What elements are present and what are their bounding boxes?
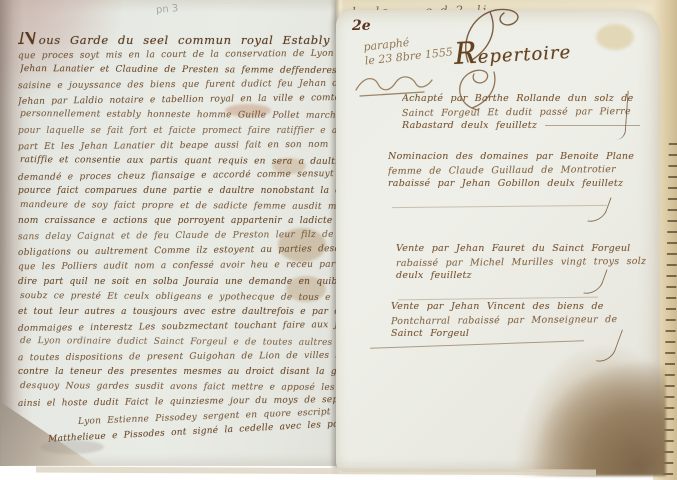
manuscript-line: et tout leur autres a tousjours avec est… (18, 305, 338, 320)
right-page: 2e paraphé le 23 8bre 1555 Repertoire Ac… (336, 10, 660, 472)
water-stain (596, 24, 634, 50)
repertoire-entry: Achapté par Barthe Rollande dun solz de … (402, 92, 642, 133)
manuscript-line: Nous Garde du seel commun royal Estably … (18, 32, 338, 48)
manuscript-line: mandeure de soy faict propre et de sadic… (20, 198, 340, 215)
manuscript-line: soubz ce presté Et ceulx obligeans e ypo… (20, 289, 340, 306)
left-page: pn 3 Nous Garde du seel commun royal Est… (0, 0, 340, 466)
entry-separator-rule (392, 205, 607, 208)
entry-line: Rabastard deulx feuilletz (402, 119, 642, 133)
manuscript-line: dire part quil ne soit en solba Jouraia … (18, 275, 338, 290)
entry-line: deulx feuilletz (396, 269, 646, 283)
entry-line: Achapté par Barthe Rollande dun solz de (402, 92, 642, 106)
manuscript-line: contre la teneur des presentes mesmes au… (18, 365, 338, 380)
corner-water-stain (516, 346, 666, 476)
manuscript-scan: pn 3 Nous Garde du seel commun royal Est… (0, 0, 677, 480)
entry-line: Vente par Jehan Fauret du Sainct Forgeul (396, 242, 646, 256)
folio-number: 2e (352, 18, 371, 34)
entry-tail-flourish-icon (610, 90, 628, 141)
entry-line: Sainct Forgeul Et dudit passé par Pierre (402, 105, 642, 121)
manuscript-line: nom craissance e actions que porroyent a… (18, 214, 338, 229)
manuscript-line: pource faict comparues dune partie e dau… (18, 184, 338, 199)
entry-tail-flourish-icon (587, 195, 611, 223)
entry-line: femme de Claude Guillaud de Montrotier (388, 163, 638, 179)
pencil-annotation: pn 3 (156, 3, 179, 16)
manuscript-line: pour laquelle se fait fort et faicte pro… (18, 124, 338, 139)
entry-line: rabaissé par Jehan Gobillon deulx feuill… (388, 177, 638, 191)
repertoire-entry: Vente par Jehan Vincent des biens de Pon… (391, 300, 641, 341)
repertoire-entry: Vente par Jehan Fauret du Sainct Forgeul… (396, 242, 646, 283)
manuscript-line: que les Polliers audit nom a confessé av… (18, 258, 338, 276)
left-page-text: Nous Garde du seel commun royal Estably … (18, 32, 338, 441)
manuscript-line: personnellement estably honneste homme G… (20, 108, 340, 125)
manuscript-line: a toutes dispositions de present Guigoha… (18, 349, 338, 367)
entry-line: Vente par Jehan Vincent des biens de (391, 300, 641, 314)
repertoire-entry: Nominacion des domaines par Benoite Plan… (388, 150, 638, 191)
entry-line: rabaissé par Michel Murilles vingt troys… (396, 255, 646, 271)
entry-line: Pontcharral rabaissé par Monseigneur de (391, 313, 641, 329)
entry-line: Nominacion des domaines par Benoite Plan… (388, 150, 638, 164)
paraph-note: paraphé le 23 8bre 1555 (363, 31, 454, 68)
